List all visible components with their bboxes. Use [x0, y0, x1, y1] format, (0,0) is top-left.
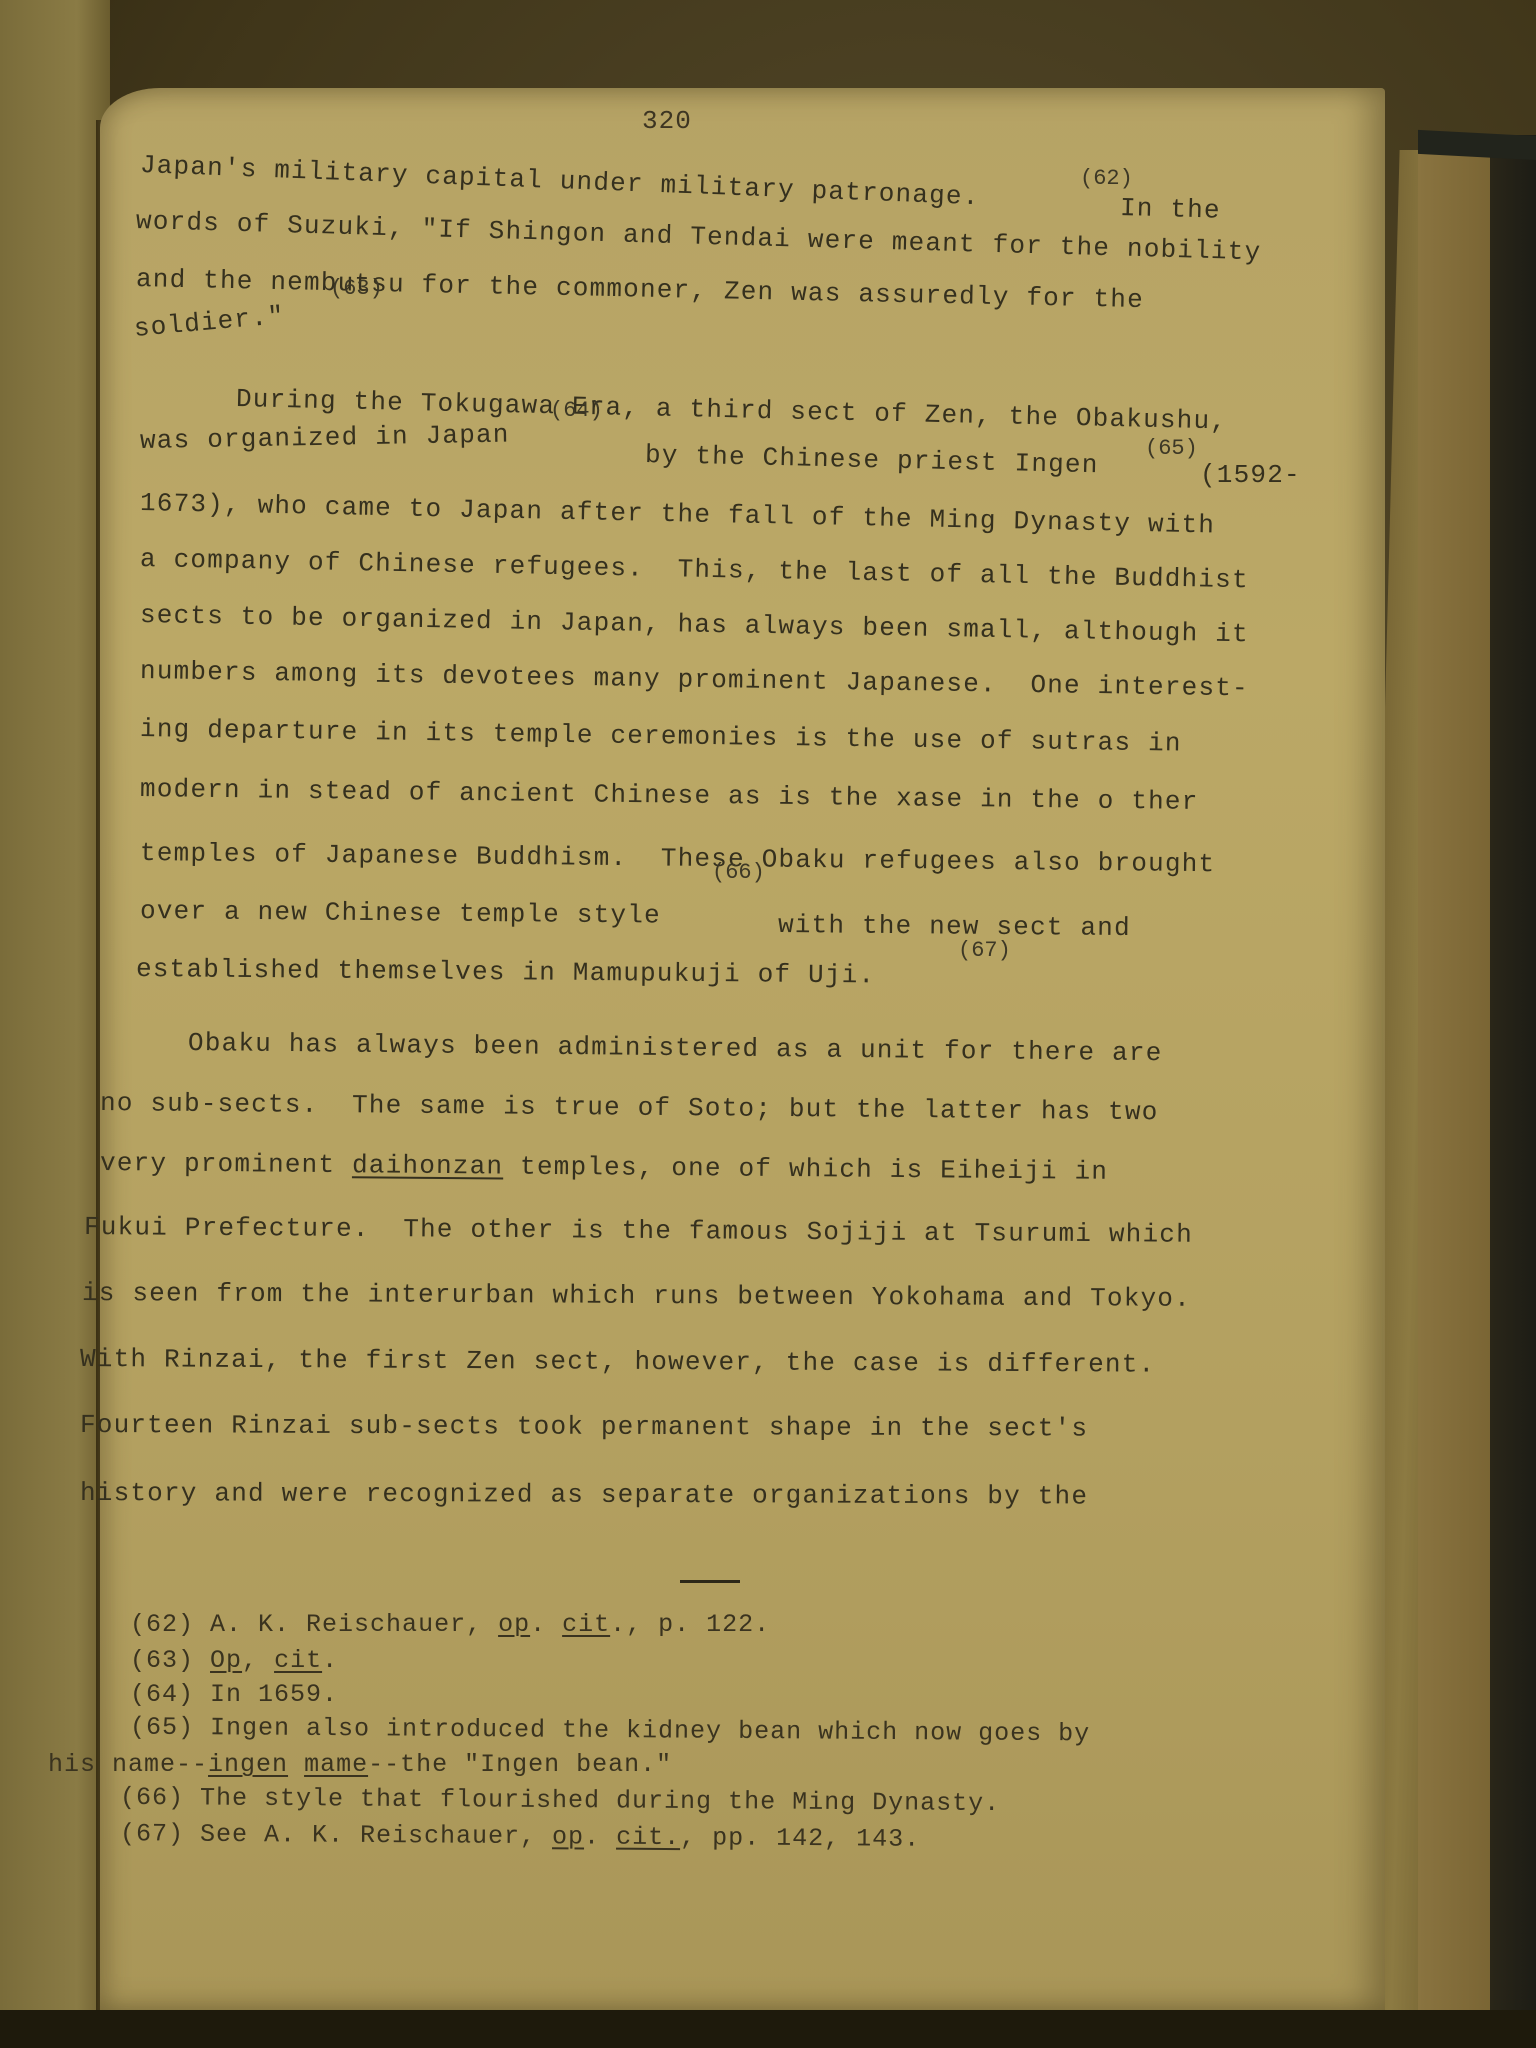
text-run: --the "Ingen bean.": [368, 1750, 672, 1779]
text-run: very prominent: [100, 1148, 336, 1180]
footnote-65: (65) Ingen also introduced the kidney be…: [130, 1713, 1090, 1749]
body-line: very prominent daihonzan temples, one of…: [100, 1148, 1108, 1187]
underlined-term: mame: [304, 1750, 368, 1779]
body-line: temples of Japanese Buddhism. These Obak…: [140, 838, 1216, 879]
body-line: history and were recognized as separate …: [80, 1478, 1088, 1512]
text-run: See A. K. Reischauer,: [200, 1820, 552, 1851]
body-line: is seen from the interurban which runs b…: [82, 1278, 1191, 1314]
text-run: .: [584, 1822, 616, 1851]
body-line: and the nembutsu for the commoner, Zen w…: [136, 264, 1145, 315]
body-line: over a new Chinese temple style: [140, 896, 661, 931]
footnote-ref-62: (62): [1080, 166, 1133, 191]
body-line: In the: [1120, 193, 1222, 226]
footnote-number: (66): [120, 1783, 184, 1812]
text-run: The style that flourished during the Min…: [200, 1783, 1000, 1818]
underlined-term: ingen: [208, 1750, 288, 1779]
text-run: , pp. 142, 143.: [680, 1823, 920, 1854]
left-facing-page: [0, 0, 110, 2048]
text-run: .: [322, 1646, 338, 1675]
footnote-ref-64: (64): [550, 398, 603, 423]
footnote-62: (62) A. K. Reischauer, op. cit., p. 122.: [130, 1610, 770, 1639]
page-number: 320: [642, 106, 692, 136]
body-line: Japan's military capital under military …: [139, 150, 980, 212]
body-line: established themselves in Mamupukuji of …: [136, 954, 876, 990]
underlined-term: Op: [210, 1646, 242, 1675]
footnote-number: (64): [130, 1680, 194, 1709]
footnote-number: (63): [130, 1646, 194, 1675]
underlined-term: daihonzan: [352, 1150, 503, 1181]
footnote-66: (66) The style that flourished during th…: [120, 1783, 1000, 1818]
footnote-64: (64) In 1659.: [130, 1680, 338, 1709]
underlined-term: cit: [562, 1610, 610, 1639]
text-run: In 1659.: [210, 1680, 338, 1709]
text-run: his name--: [48, 1750, 208, 1779]
footnote-63: (63) Op, cit.: [130, 1646, 338, 1675]
body-line: with the new sect and: [778, 910, 1131, 943]
body-line: was organized in Japan: [140, 420, 510, 456]
underlined-term: op: [498, 1610, 530, 1639]
body-line: Fukui Prefecture. The other is the famou…: [84, 1212, 1193, 1250]
footnote-67: (67) See A. K. Reischauer, op. cit., pp.…: [120, 1819, 920, 1854]
text-run: A. K. Reischauer,: [210, 1610, 498, 1639]
body-line: 1673), who came to Japan after the fall …: [140, 488, 1216, 541]
body-line: no sub-sects. The same is true of Soto; …: [100, 1088, 1159, 1127]
body-line: sects to be organized in Japan, has alwa…: [140, 600, 1249, 649]
book-cover-edge: [1418, 135, 1536, 2048]
body-line: modern in stead of ancient Chinese as is…: [140, 774, 1199, 817]
text-run: .: [530, 1610, 562, 1639]
body-line: numbers among its devotees many prominen…: [140, 656, 1249, 703]
footnote-ref-66: (66): [712, 860, 765, 885]
bottom-shadow: [0, 2010, 1536, 2048]
footnote-separator: [680, 1580, 740, 1583]
body-line: ing departure in its temple ceremonies i…: [140, 714, 1182, 759]
footnote-ref-67: (67): [958, 938, 1011, 963]
body-line: by the Chinese priest Ingen: [645, 440, 1099, 480]
footnote-number: (62): [130, 1610, 194, 1639]
underlined-term: cit: [274, 1646, 322, 1675]
body-line: soldier.": [133, 301, 286, 344]
body-line: Fourteen Rinzai sub-sects took permanent…: [80, 1410, 1088, 1444]
page-content: 320 Japan's military capital under milit…: [100, 88, 1385, 2010]
body-line: a company of Chinese refugees. This, the…: [140, 544, 1249, 595]
footnote-number: (67): [120, 1819, 184, 1848]
underlined-term: cit.: [616, 1823, 680, 1852]
footnote-ref-63: (63): [330, 276, 383, 301]
document-page: 320 Japan's military capital under milit…: [100, 88, 1385, 2010]
text-run: ,: [242, 1646, 274, 1675]
body-line: words of Suzuki, "If Shingon and Tendai …: [136, 206, 1262, 267]
footnote-65-continued: his name--ingen mame--the "Ingen bean.": [48, 1750, 672, 1779]
text-run: Ingen also introduced the kidney bean wh…: [210, 1713, 1090, 1748]
body-line: With Rinzai, the first Zen sect, however…: [80, 1344, 1156, 1380]
body-line: Obaku has always been administered as a …: [188, 1028, 1163, 1068]
footnote-ref-65: (65): [1145, 436, 1198, 461]
footnote-number: (65): [130, 1713, 194, 1742]
body-line: (1592-: [1200, 460, 1301, 490]
text-run: temples, one of which is Eiheiji in: [520, 1152, 1108, 1187]
text-run: [288, 1750, 304, 1779]
underlined-term: op: [552, 1822, 584, 1851]
text-run: ., p. 122.: [610, 1610, 770, 1639]
